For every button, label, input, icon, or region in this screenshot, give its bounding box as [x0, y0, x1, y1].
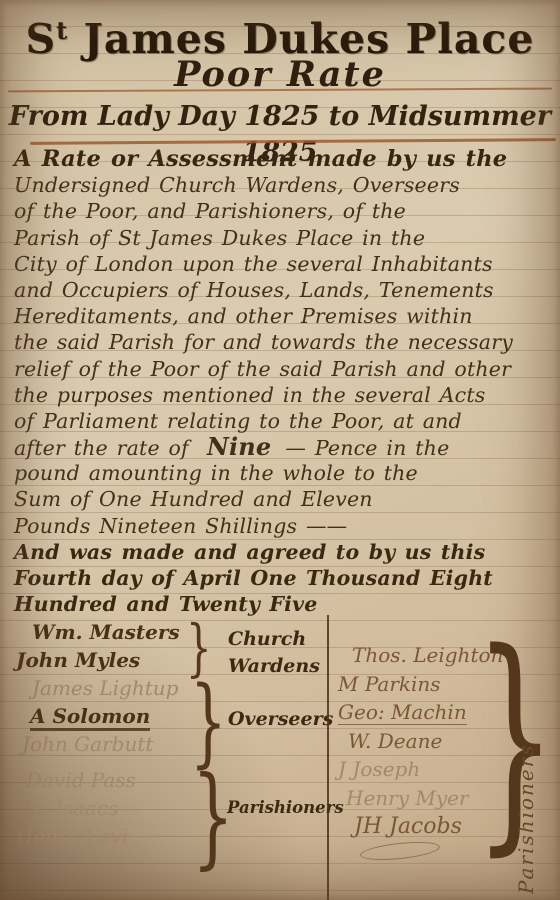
subtitle-poor-rate: Poor Rate [0, 55, 560, 95]
rate-post: — Pence in the [285, 436, 449, 460]
body-line: the purposes mentioned in the several Ac… [14, 382, 552, 408]
signature-flourish [359, 839, 440, 863]
signature-name: Wm. Masters [16, 618, 196, 646]
signature-name: John Myles [16, 646, 196, 674]
rate-pre: after the rate of [14, 436, 189, 460]
ledger-page: St James Dukes Place Poor Rate From Lady… [0, 0, 560, 900]
body-line: of Parliament relating to the Poor, at a… [14, 408, 552, 434]
body-line: City of London upon the several Inhabita… [14, 251, 552, 277]
body-line: Hundred and Twenty Five [14, 591, 552, 617]
body-line: Pounds Nineteen Shillings —— [14, 513, 552, 539]
body-line-rate: after the rate ofNine— Pence in the [14, 434, 552, 460]
signature-name: Henry Levi [16, 822, 196, 850]
body-paragraph: A Rate or Assessment made by us the Unde… [14, 146, 552, 617]
church-wardens-signatures: Wm. Masters John Myles [16, 618, 196, 674]
signature-name: W. Deane [338, 727, 488, 756]
signature-name: J Joseph [338, 755, 488, 784]
body-line: A Rate or Assessment made by us the [14, 146, 552, 172]
body-line: Hereditaments, and other Premises within [14, 303, 552, 329]
body-line: And was made and agreed to by us this [14, 539, 552, 565]
signature-name: A Solomon [16, 702, 196, 730]
signature-name: Geo: Machin [338, 698, 488, 727]
signature-name: JH Jacobs [338, 813, 488, 842]
body-line: Undersigned Church Wardens, Overseers [14, 172, 552, 198]
signature-name: Henry Myer [338, 784, 488, 813]
body-line: pound amounting in the whole to the [14, 460, 552, 486]
rate-amount: Nine [189, 432, 286, 461]
signature-name: David Pass [16, 766, 196, 794]
title-superscript: t [56, 16, 68, 45]
parishioners-right-signatures: Thos. Leighton M Parkins Geo: Machin W. … [338, 641, 488, 841]
body-line: Fourth day of April One Thousand Eight [14, 565, 552, 591]
signature-name: James Lightup [16, 674, 196, 702]
signature-name: John Garbutt [16, 730, 196, 758]
body-line: and Occupiers of Houses, Lands, Tenement… [14, 277, 552, 303]
column-divider-rule [327, 615, 329, 900]
body-line: the said Parish for and towards the nece… [14, 329, 552, 355]
parishioners-left-signatures: David Pass Js. Isaacs Henry Levi [16, 766, 196, 850]
signature-name: M Parkins [338, 670, 488, 699]
body-line: of the Poor, and Parishioners, of the [14, 198, 552, 224]
signature-name: Js. Isaacs [16, 794, 196, 822]
right-parishioners-label: Parishioners [514, 646, 538, 894]
church-wardens-label: Church Wardens [228, 626, 318, 680]
signature-name: Thos. Leighton [338, 641, 488, 670]
body-line: Sum of One Hundred and Eleven [14, 486, 552, 512]
body-line: Parish of St James Dukes Place in the [14, 225, 552, 251]
overseers-label: Overseers [228, 706, 333, 733]
body-line: relief of the Poor of the said Parish an… [14, 356, 552, 382]
overseers-signatures: James Lightup A Solomon John Garbutt [16, 674, 196, 758]
